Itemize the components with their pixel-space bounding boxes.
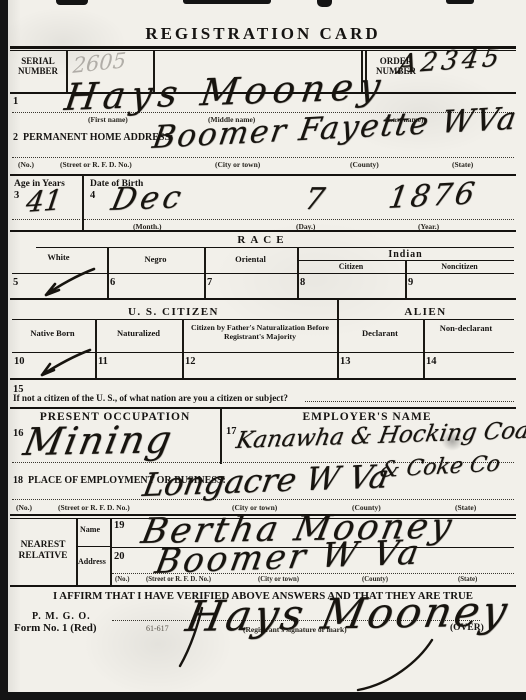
relative-state-sublabel: (State) [458,576,477,583]
citizenship-col-line-1 [95,319,97,378]
citizenship-header-rule [12,319,514,320]
age-handwriting: 41 [24,183,64,219]
native-born-label: Native Born [10,329,95,339]
employer-number: 17 [226,426,237,437]
relative-name-address-divider [76,546,110,547]
age-dotted-line [12,219,80,220]
dob-month-handwriting: Dec [108,179,188,218]
nation-dotted-line [305,401,514,402]
signature-flourish [150,600,480,695]
declarant-label: Declarant [337,329,423,339]
relative-name-label: Name [80,526,100,535]
relative-no-sublabel: (No.) [115,576,130,583]
employment-no-sublabel: (No.) [16,503,32,512]
naturalized-number: 11 [98,356,108,367]
home-address-label-text: PERMANENT HOME ADDRESS: [23,132,173,143]
race-header: RACE [0,234,526,246]
race-white-label: White [10,253,107,263]
address-street-sublabel: (Street or R. F. D. No.) [60,160,132,169]
dob-day-handwriting: 7 [302,182,327,217]
race-citizen-number: 8 [300,277,305,288]
address-no-sublabel: (No.) [18,160,34,169]
scan-artifact [56,0,88,5]
occupation-handwriting: Mining [20,417,177,464]
serial-number-label: SERIAL NUMBER [12,56,64,76]
address-county-sublabel: (County) [350,160,379,169]
address-row-rule [10,174,516,176]
naturalized-label: Naturalized [95,329,182,339]
home-address-number: 2 [13,132,18,143]
relative-address-label: Address [78,558,106,567]
indian-noncitizen-label: Noncitizen [405,263,514,272]
order-number-handwriting: A2345 [396,42,505,80]
scan-artifact [317,0,332,7]
card-title: REGISTRATION CARD [0,24,526,43]
employer-handwriting-line2: & Coke Co [378,451,502,483]
employment-state-sublabel: (State) [455,503,476,512]
citizen-alien-divider [337,300,339,378]
dob-year-handwriting: 1876 [386,176,480,216]
form-number-label: Form No. 1 (Red) [14,622,96,634]
native-born-check-mark [36,348,94,378]
race-negro-number: 6 [110,277,115,288]
race-oriental-number: 7 [207,277,212,288]
nation-question-label: If not a citizen of the U. S., of what n… [13,393,288,403]
white-check-mark [40,266,98,298]
race-noncitizen-number: 9 [408,277,413,288]
address-state-sublabel: (State) [452,160,473,169]
race-white-number: 5 [13,277,18,288]
relative-county-sublabel: (County) [362,576,388,583]
scan-artifact [446,0,474,4]
age-number: 3 [14,190,19,201]
race-negro-label: Negro [107,255,204,265]
dob-row-rule [10,230,516,232]
name-line-number: 1 [13,96,18,107]
occupation-employer-divider [220,407,222,464]
dob-dotted-line [84,219,514,220]
employment-place-number: 18 [13,475,23,486]
us-citizen-header: U. S. CITIZEN [10,306,337,318]
registration-card: REGISTRATION CARD SERIAL NUMBER 2605 ORD… [0,0,526,700]
occupation-number: 16 [13,428,24,439]
relative-box-line-1 [76,519,78,585]
relative-name-number: 19 [114,520,125,531]
native-born-number: 10 [14,356,25,367]
citizenship-bottom-rule [10,378,516,380]
scan-artifact [183,0,271,4]
relative-address-handwriting: Boomer W Va [152,532,425,582]
employment-place-handwriting: Longacre W Va [140,457,392,504]
father-naturalization-number: 12 [185,356,196,367]
father-naturalization-label: Citizen by Father's Naturalization Befor… [187,324,333,341]
race-bottom-rule [10,298,516,300]
nondeclarant-number: 14 [426,356,437,367]
nondeclarant-label: Non-declarant [436,324,496,334]
address-dotted-line [12,157,514,158]
pmgo-label: P. M. G. O. [32,611,91,622]
indian-citizen-label: Citizen [297,263,405,272]
race-oriental-label: Oriental [204,255,297,265]
citizenship-col-line-3 [423,319,425,378]
home-address-label: 2 PERMANENT HOME ADDRESS: [13,132,173,143]
address-city-sublabel: (City or town) [215,160,260,169]
nation-row-rule [10,407,516,409]
nearest-relative-header: NEAREST RELATIVE [11,540,75,561]
employment-street-sublabel: (Street or R. F. D. No.) [58,503,130,512]
citizenship-col-line-2 [182,319,184,378]
alien-header: ALIEN [337,306,514,318]
declarant-number: 13 [340,356,351,367]
race-indian-label: Indian [297,249,514,260]
dob-number: 4 [90,190,95,201]
relative-address-number: 20 [114,551,125,562]
age-dob-divider [82,175,84,231]
relative-box-line-2 [110,519,112,585]
